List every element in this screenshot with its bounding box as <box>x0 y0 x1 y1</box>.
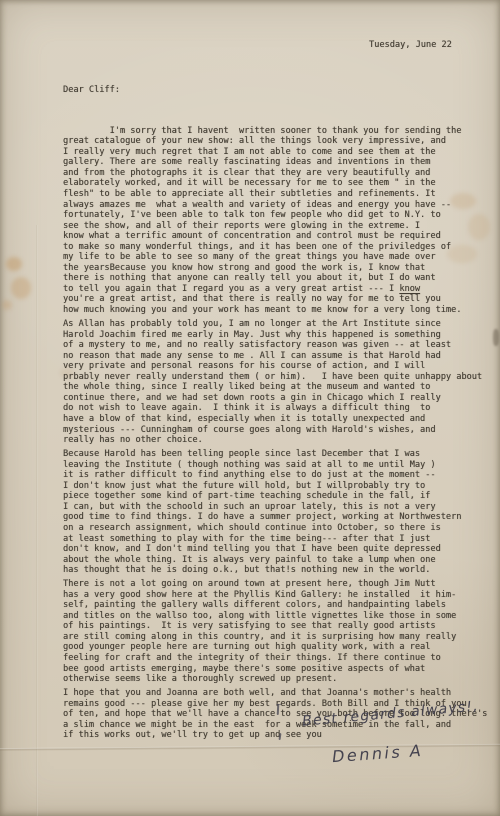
letter-line: you're a great artist, and that there is… <box>63 294 487 305</box>
letter-line: my life to be able to see so many of the… <box>63 252 487 263</box>
letter-line: feeling for craft and the integrity of t… <box>63 653 487 664</box>
letter-line: otherwise seems like a thoroughly screwe… <box>63 674 487 685</box>
letter-line: don't know, and I don't mind telling you… <box>63 544 487 555</box>
letter-line: great catalogue of your new show: all th… <box>63 136 487 147</box>
letter-line: the yearsBecause you know how strong and… <box>63 263 487 274</box>
letter-line: Because Harold has been telling people s… <box>63 449 487 460</box>
letter-line: flesh" to be able to appreciate all thei… <box>63 189 487 200</box>
letter-body: Dear Cliff: I'm sorry that I havent writ… <box>63 64 487 751</box>
letter-line: of a mystery to me, and no really satisf… <box>63 340 487 351</box>
letter-line: know what a terrific amount of concentra… <box>63 231 487 242</box>
letter-line: I hope that you and Joanna are both well… <box>63 688 487 699</box>
letter-line: are still coming along in this country, … <box>63 632 487 643</box>
letter-line: to make so many wonderful things, and it… <box>63 242 487 253</box>
letter-line: I really very much regret that I am not … <box>63 147 487 158</box>
letter-line: always amazes me what a wealth and varie… <box>63 200 487 211</box>
letter-line: about the whole thing. It is always very… <box>63 555 487 566</box>
letter-line: do not wish to leave again. I think it i… <box>63 403 487 414</box>
letter-line: of his paintings. It is very satisfying … <box>63 621 487 632</box>
salutation: Dear Cliff: <box>63 85 487 96</box>
date-line: Tuesday, June 22 <box>369 40 452 51</box>
letter-page: { "colors": { "paper": "#d8cfbe", "typew… <box>0 0 500 816</box>
letter-line: leaving the Institute ( though nothing w… <box>63 460 487 471</box>
letter-line: I can, but with the schoold in such an u… <box>63 502 487 513</box>
paragraph: Because Harold has been telling people s… <box>63 449 487 576</box>
letter-line: no reason that made any sense to me . Al… <box>63 351 487 362</box>
paragraph: As Allan has probably told you, I am no … <box>63 319 487 446</box>
letter-line: bee good artists emerging, maybe there's… <box>63 664 487 675</box>
letter-line: there is nothing that anyone can really … <box>63 273 487 284</box>
letter-line: prbably never really understand them ( o… <box>63 372 487 383</box>
letter-line: piece together some kind of part-time te… <box>63 491 487 502</box>
paper-stain <box>11 277 31 299</box>
letter-line: Harold Joachim fired me early in May. Ju… <box>63 330 487 341</box>
letter-line: fortunately, I've been able to talk ton … <box>63 210 487 221</box>
letter-line: good time to find things. I do have a su… <box>63 512 487 523</box>
letter-line: and titles on the wallso too, along with… <box>63 611 487 622</box>
letter-line: have a blow of that kind, especially whe… <box>63 414 487 425</box>
paragraph: There is not a lot going on around town … <box>63 579 487 684</box>
letter-line: elaborately worked, and it will be neces… <box>63 178 487 189</box>
letter-line: it is rather difficult to find anything … <box>63 470 487 481</box>
paper-stain <box>493 329 499 346</box>
letter-line: As Allan has probably told you, I am no … <box>63 319 487 330</box>
letter-line: very private and personal reasons for hi… <box>63 361 487 372</box>
letter-line: how much knowing you and your work has m… <box>63 305 487 316</box>
vertical-fold-crease <box>36 225 38 816</box>
paragraph: I'm sorry that I havent written sooner t… <box>63 126 487 316</box>
letter-line: at least something to play with for the … <box>63 534 487 545</box>
letter-line: the whole thing, since I really liked be… <box>63 382 487 393</box>
paper-stain <box>2 300 12 310</box>
letter-line: a slim chance we might be in the east fo… <box>63 720 487 731</box>
letter-line: self, painting the gallery walls differe… <box>63 600 487 611</box>
letter-line: I don't know just what the future will h… <box>63 481 487 492</box>
letter-line: continue there, and we had set down root… <box>63 393 487 404</box>
letter-line: to tell you again that I regard you as a… <box>63 284 487 295</box>
underlined-word: know <box>399 284 420 294</box>
letter-line: has a very good show here at the Phyllis… <box>63 590 487 601</box>
letter-line: good younger people here are turning out… <box>63 642 487 653</box>
letter-line: and from the photographs it is clear tha… <box>63 168 487 179</box>
letter-paragraphs: I'm sorry that I havent written sooner t… <box>63 126 487 741</box>
letter-line: really has no other choice. <box>63 435 487 446</box>
letter-line: I'm sorry that I havent written sooner t… <box>63 126 487 137</box>
letter-line: gallery. There are some really fascinati… <box>63 157 487 168</box>
letter-line: has thought that he is doing o.k., but t… <box>63 565 487 576</box>
letter-line: see the show, and all of their reports w… <box>63 221 487 232</box>
letter-line: There is not a lot going on around town … <box>63 579 487 590</box>
paper-stain <box>6 257 22 271</box>
letter-line: mysterious --- Cunningham of course goes… <box>63 425 487 436</box>
letter-line: on a research assignment, which should c… <box>63 523 487 534</box>
letter-line: if this works out, we'll try to get up a… <box>63 730 487 741</box>
